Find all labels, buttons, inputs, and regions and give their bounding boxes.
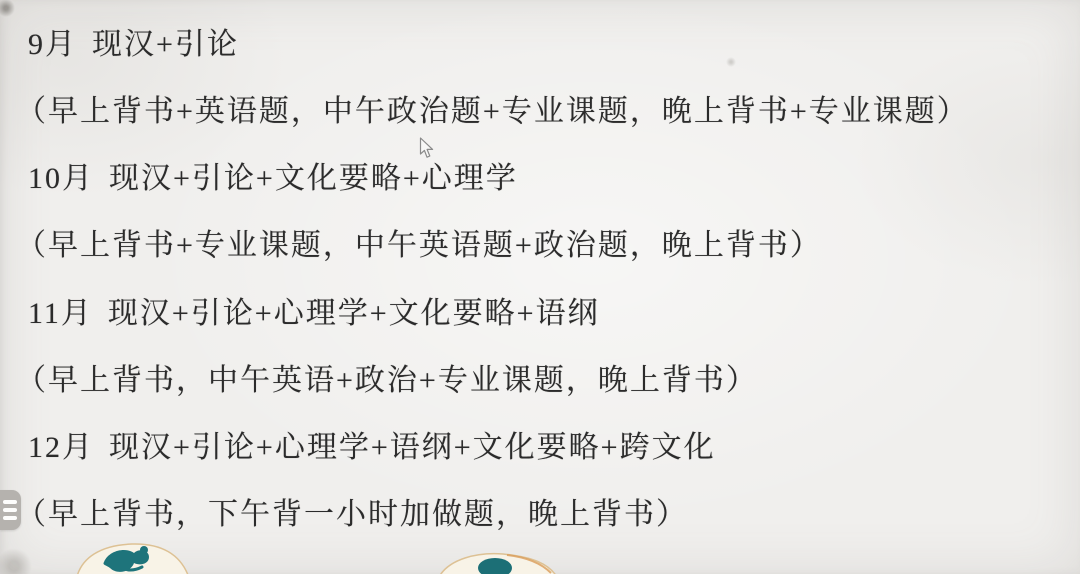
- sidebar-toggle-tab[interactable]: [0, 490, 21, 530]
- schedule-december: （早上背书，下午背一小时加做题，晚上背书）: [16, 498, 688, 532]
- heading-october: 10月现汉+引论+文化要略+心理学: [28, 162, 518, 196]
- heading-september: 9月现汉+引论: [28, 28, 239, 62]
- heading-december: 12月现汉+引论+心理学+语纲+文化要略+跨文化: [28, 431, 716, 465]
- month-label: 11月: [28, 297, 93, 331]
- heading-november: 11月现汉+引论+心理学+文化要略+语纲: [28, 297, 600, 331]
- slide-page: 9月现汉+引论 （早上背书+英语题，中午政治题+专业课题，晚上背书+专业课题） …: [0, 0, 1080, 574]
- hamburger-icon: [3, 500, 17, 504]
- month-courses: 现汉+引论+文化要略+心理学: [109, 162, 518, 195]
- month-label: 12月: [28, 431, 94, 465]
- mouse-cursor-icon: [419, 137, 435, 159]
- month-courses: 现汉+引论+心理学+文化要略+语纲: [108, 297, 600, 330]
- schedule-november: （早上背书，中午英语+政治+专业课题，晚上背书）: [16, 364, 758, 398]
- month-courses: 现汉+引论+心理学+语纲+文化要略+跨文化: [109, 431, 716, 464]
- hamburger-icon: [3, 508, 17, 512]
- schedule-october: （早上背书+专业课题，中午英语题+政治题，晚上背书）: [16, 229, 822, 263]
- month-label: 10月: [28, 162, 94, 196]
- wave-decoration-left-icon: [74, 541, 190, 574]
- hamburger-icon: [3, 516, 17, 520]
- month-label: 9月: [28, 28, 77, 62]
- wave-decoration-right-icon: [437, 551, 559, 574]
- schedule-september: （早上背书+英语题，中午政治题+专业课题，晚上背书+专业课题）: [16, 95, 969, 129]
- month-courses: 现汉+引论: [92, 28, 239, 61]
